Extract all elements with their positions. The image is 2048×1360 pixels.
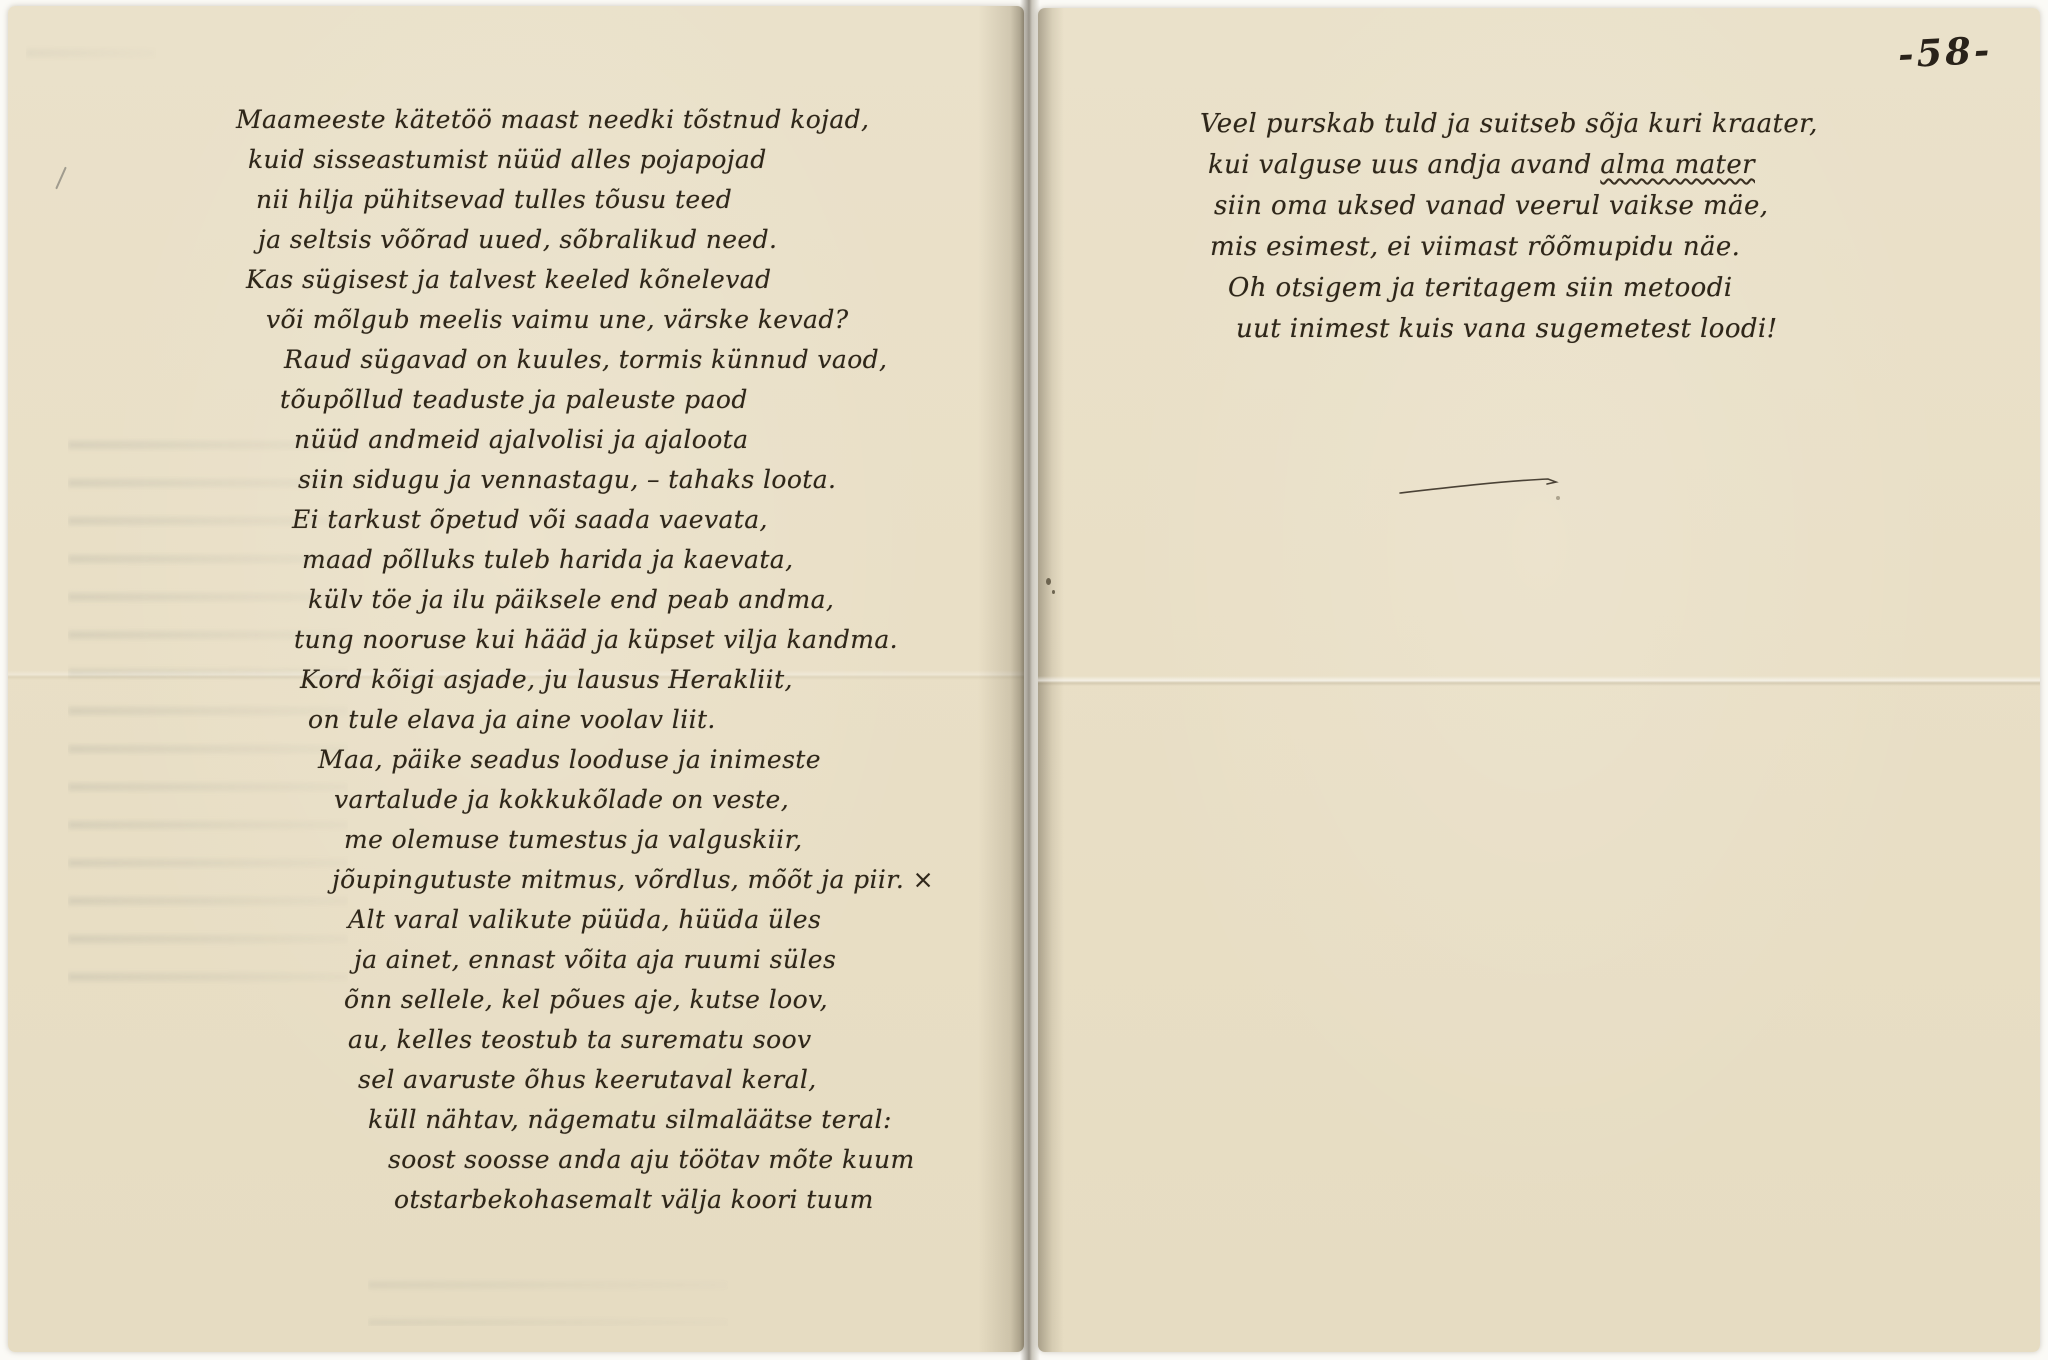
- fold-crease: [1038, 676, 2040, 686]
- poem-line: Ei tarkust õpetud või saada vaevata,: [292, 500, 996, 540]
- scanned-document: -58- Maameeste kätetöö maast needki tõst…: [0, 0, 2048, 1360]
- page-number: -58-: [1897, 28, 1993, 77]
- poem-line: nii hilja pühitsevad tulles tõusu teed: [256, 180, 996, 220]
- handwritten-divider-line: [1398, 470, 1568, 500]
- poem-line: küll nähtav, nägematu silmaläätse teral:: [368, 1100, 996, 1140]
- poem-line: soost soosse anda aju töötav mõte kuum: [388, 1140, 996, 1180]
- poem-line: vartalude ja kokkukõlade on veste,: [334, 780, 996, 820]
- poem-line: mis esimest, ei viimast rõõmupidu näe.: [1210, 227, 1980, 268]
- pencil-mark: [55, 167, 67, 190]
- poem-line: Oh otsigem ja teritagem siin metoodi: [1228, 268, 1980, 309]
- poem-line: au, kelles teostub ta surematu soov: [348, 1020, 996, 1060]
- poem-line: sel avaruste õhus keerutaval keral,: [358, 1060, 996, 1100]
- poem-line: tung nooruse kui hääd ja küpset vilja ka…: [294, 620, 996, 660]
- poem-line: otstarbekohasemalt välja koori tuum: [394, 1180, 996, 1220]
- underlined-phrase: alma mater: [1600, 150, 1755, 180]
- poem-line: me olemuse tumestus ja valguskiir,: [344, 820, 996, 860]
- poem-line: Raud sügavad on kuules, tormis künnud va…: [284, 340, 996, 380]
- poem-line: siin sidugu ja vennastagu, – tahaks loot…: [298, 460, 996, 500]
- poem-line: ja ainet, ennast võita aja ruumi süles: [354, 940, 996, 980]
- poem-line: Kord kõigi asjade, ju lausus Herakliit,: [300, 660, 996, 700]
- bleedthrough-smudge: [26, 34, 156, 64]
- poem-line: külv töe ja ilu päiksele end peab andma,: [308, 580, 996, 620]
- poem-line: või mõlgub meelis vaimu une, värske keva…: [266, 300, 996, 340]
- binding-gutter: [1020, 0, 1040, 1360]
- poem-line: kuid sisseastumist nüüd alles pojapojad: [248, 140, 996, 180]
- poem-right: Veel purskab tuld ja suitseb sõja kuri k…: [1200, 104, 1980, 350]
- poem-line: ja seltsis võõrad uued, sõbralikud need.: [258, 220, 996, 260]
- poem-line: maad põlluks tuleb harida ja kaevata,: [302, 540, 996, 580]
- poem-line: Veel purskab tuld ja suitseb sõja kuri k…: [1200, 104, 1980, 145]
- poem-line: õnn sellele, kel põues aje, kutse loov,: [344, 980, 996, 1020]
- poem-line: Kas sügisest ja talvest keeled kõnelevad: [246, 260, 996, 300]
- poem-line: tõupõllud teaduste ja paleuste paod: [280, 380, 996, 420]
- poem-line: uut inimest kuis vana sugemetest loodi!: [1236, 309, 1980, 350]
- paper-speck: [1052, 590, 1055, 594]
- poem-line: nüüd andmeid ajalvolisi ja ajaloota: [294, 420, 996, 460]
- poem-left: Maameeste kätetöö maast needki tõstnud k…: [236, 100, 996, 1220]
- poem-line: kui valguse uus andja avand alma mater: [1208, 145, 1980, 186]
- poem-line: Maameeste kätetöö maast needki tõstnud k…: [236, 100, 996, 140]
- poem-line: jõupingutuste mitmus, võrdlus, mõõt ja p…: [332, 860, 996, 900]
- poem-line: Maa, päike seadus looduse ja inimeste: [318, 740, 996, 780]
- poem-line: on tule elava ja aine voolav liit.: [308, 700, 996, 740]
- bleedthrough-text: [368, 1266, 728, 1326]
- paper-speck: [1046, 578, 1051, 585]
- poem-line: siin oma uksed vanad veerul vaikse mäe,: [1214, 186, 1980, 227]
- poem-line: Alt varal valikute püüda, hüüda üles: [348, 900, 996, 940]
